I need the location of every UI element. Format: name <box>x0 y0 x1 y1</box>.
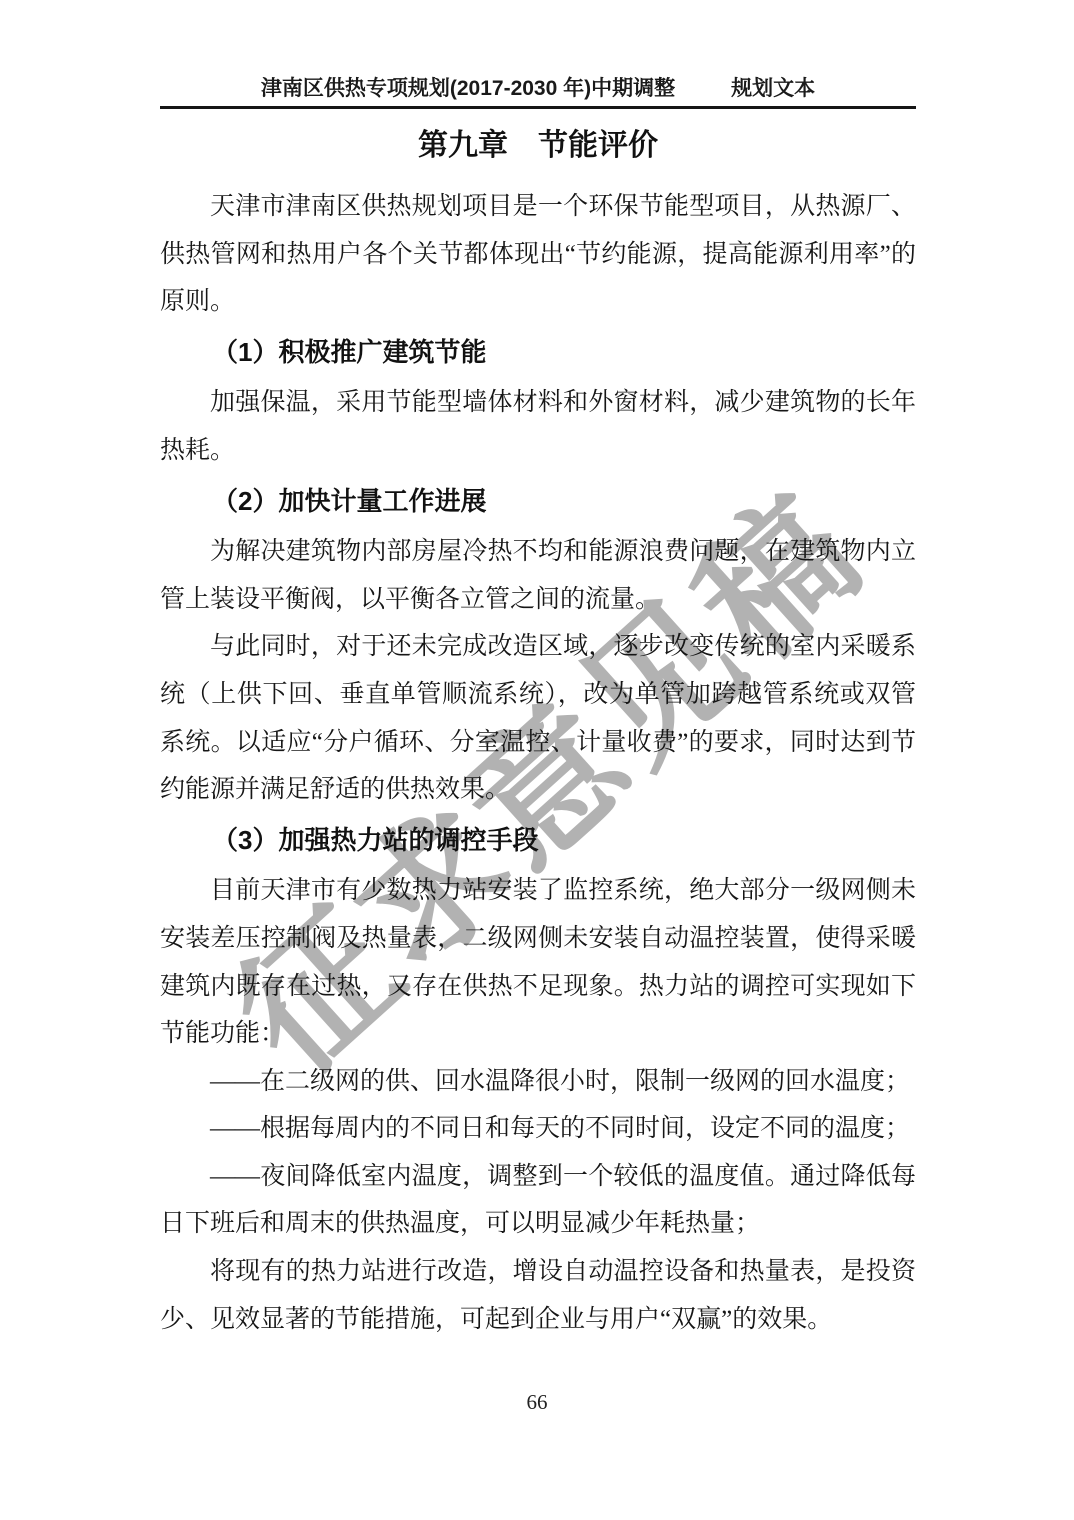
paragraph-section-3: 目前天津市有少数热力站安装了监控系统，绝大部分一级网侧未安装差压控制阀及热量表，… <box>160 867 916 1057</box>
header-divider <box>160 106 916 109</box>
paragraph-section-2b: 与此同时，对于还未完成改造区域，逐步改变传统的室内采暖系统（上供下回、垂直单管顺… <box>160 623 916 813</box>
running-header: 津南区供热专项规划(2017-2030 年)中期调整 规划文本 <box>160 76 916 102</box>
dash-item-3: ——夜间降低室内温度，调整到一个较低的温度值。通过降低每日下班后和周末的供热温度… <box>160 1153 916 1248</box>
header-doc-type: 规划文本 <box>731 76 815 102</box>
dash-item-1: ——在二级网的供、回水温降很小时，限制一级网的回水温度； <box>160 1058 916 1106</box>
paragraph-intro: 天津市津南区供热规划项目是一个环保节能型项目，从热源厂、供热管网和热用户各个关节… <box>160 183 916 326</box>
page-body: 第九章 节能评价 天津市津南区供热规划项目是一个环保节能型项目，从热源厂、供热管… <box>160 126 916 1343</box>
document-page: 征求意见稿 津南区供热专项规划(2017-2030 年)中期调整 规划文本 第九… <box>0 0 1074 1520</box>
section-heading-3: （3）加强热力站的调控手段 <box>160 817 916 865</box>
section-heading-1: （1）积极推广建筑节能 <box>160 329 916 377</box>
page-number: 66 <box>0 1390 1074 1415</box>
paragraph-section-2a: 为解决建筑物内部房屋冷热不均和能源浪费问题，在建筑物内立管上装设平衡阀，以平衡各… <box>160 528 916 623</box>
paragraph-section-1: 加强保温，采用节能型墙体材料和外窗材料，减少建筑物的长年热耗。 <box>160 379 916 474</box>
chapter-heading: 第九章 节能评价 <box>160 126 916 166</box>
section-heading-2: （2）加快计量工作进展 <box>160 478 916 526</box>
dash-item-2: ——根据每周内的不同日和每天的不同时间，设定不同的温度； <box>160 1105 916 1153</box>
paragraph-closing: 将现有的热力站进行改造，增设自动温控设备和热量表，是投资少、见效显著的节能措施，… <box>160 1248 916 1343</box>
header-plan-title: 津南区供热专项规划(2017-2030 年)中期调整 <box>261 76 675 102</box>
